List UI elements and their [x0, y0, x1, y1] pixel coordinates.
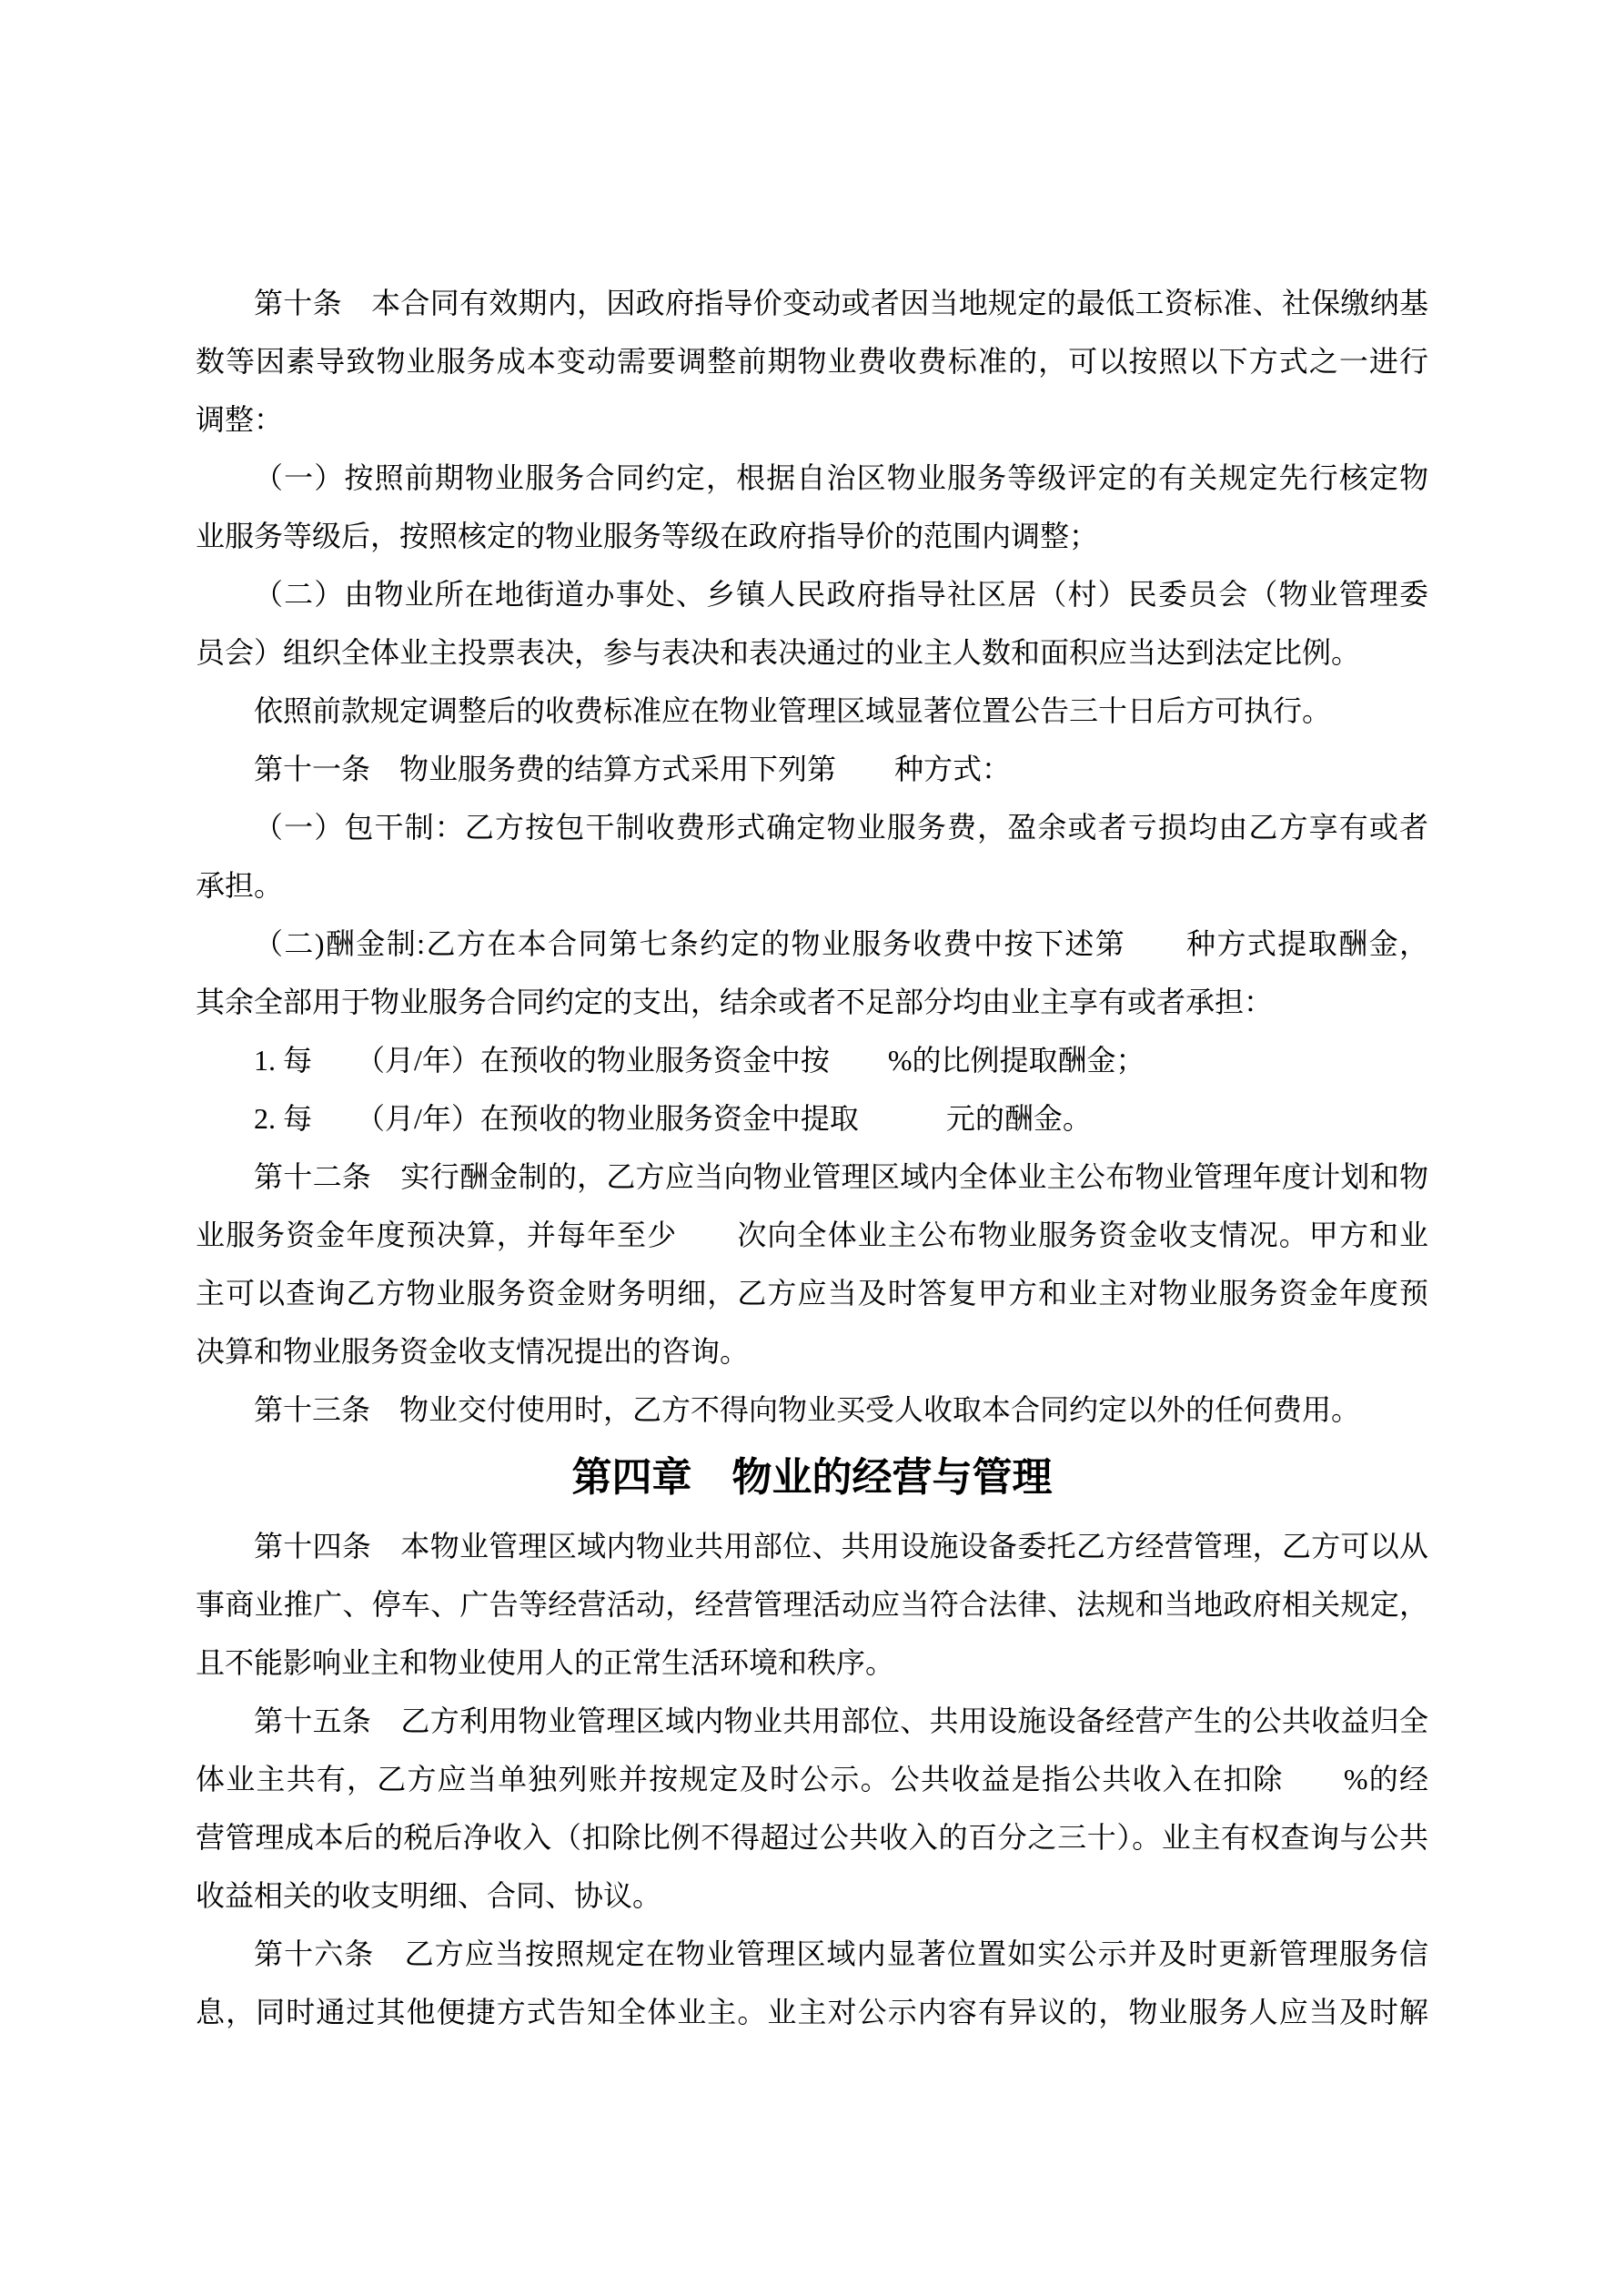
- contract-line: 息，同时通过其他便捷方式告知全体业主。业主对公示内容有异议的，物业服务人应当及时…: [196, 1983, 1428, 2041]
- contract-line: 主可以查询乙方物业服务资金财务明细，乙方应当及时答复甲方和业主对物业服务资金年度…: [196, 1264, 1428, 1322]
- contract-line: 第十三条 物业交付使用时，乙方不得向物业买受人收取本合同约定以外的任何费用。: [196, 1381, 1428, 1439]
- contract-line: 2. 每 （月/年）在预收的物业服务资金中提取 元的酬金。: [196, 1089, 1428, 1148]
- contract-line: 事商业推广、停车、广告等经营活动，经营管理活动应当符合法律、法规和当地政府相关规…: [196, 1575, 1428, 1633]
- contract-line: 第十一条 物业服务费的结算方式采用下列第 种方式：: [196, 740, 1428, 798]
- contract-line: 承担。: [196, 856, 1428, 915]
- contract-line: 收益相关的收支明细、合同、协议。: [196, 1866, 1428, 1925]
- chapter-heading: 第四章 物业的经营与管理: [196, 1439, 1428, 1517]
- contract-line: 第十条 本合同有效期内，因政府指导价变动或者因当地规定的最低工资标准、社保缴纳基: [196, 274, 1428, 332]
- contract-line: 其余全部用于物业服务合同约定的支出，结余或者不足部分均由业主享有或者承担：: [196, 973, 1428, 1031]
- contract-line: 依照前款规定调整后的收费标准应在物业管理区域显著位置公告三十日后方可执行。: [196, 682, 1428, 740]
- contract-line: 第十二条 实行酬金制的，乙方应当向物业管理区域内全体业主公布物业管理年度计划和物: [196, 1148, 1428, 1206]
- contract-line: （一）包干制：乙方按包干制收费形式确定物业服务费，盈余或者亏损均由乙方享有或者: [196, 798, 1428, 856]
- contract-line: 第十六条 乙方应当按照规定在物业管理区域内显著位置如实公示并及时更新管理服务信: [196, 1925, 1428, 1983]
- contract-page: 第十条 本合同有效期内，因政府指导价变动或者因当地规定的最低工资标准、社保缴纳基…: [0, 0, 1624, 2296]
- contract-line: （二）由物业所在地街道办事处、乡镇人民政府指导社区居（村）民委员会（物业管理委: [196, 565, 1428, 623]
- contract-line: 且不能影响业主和物业使用人的正常生活环境和秩序。: [196, 1633, 1428, 1692]
- contract-line: 第十五条 乙方利用物业管理区域内物业共用部位、共用设施设备经营产生的公共收益归全: [196, 1692, 1428, 1750]
- contract-line: （一）按照前期物业服务合同约定，根据自治区物业服务等级评定的有关规定先行核定物: [196, 449, 1428, 507]
- contract-line: 决算和物业服务资金收支情况提出的咨询。: [196, 1322, 1428, 1381]
- contract-line: 1. 每 （月/年）在预收的物业服务资金中按 %的比例提取酬金；: [196, 1031, 1428, 1089]
- contract-line: （二)酬金制:乙方在本合同第七条约定的物业服务收费中按下述第 种方式提取酬金，: [196, 915, 1428, 973]
- contract-line: 业服务等级后，按照核定的物业服务等级在政府指导价的范围内调整；: [196, 507, 1428, 565]
- contract-body: 第十条 本合同有效期内，因政府指导价变动或者因当地规定的最低工资标准、社保缴纳基…: [196, 274, 1428, 2041]
- contract-line: 营管理成本后的税后净收入（扣除比例不得超过公共收入的百分之三十）。业主有权查询与…: [196, 1808, 1428, 1866]
- contract-line: 调整：: [196, 390, 1428, 449]
- contract-line: 数等因素导致物业服务成本变动需要调整前期物业费收费标准的，可以按照以下方式之一进…: [196, 332, 1428, 390]
- contract-line: 第十四条 本物业管理区域内物业共用部位、共用设施设备委托乙方经营管理，乙方可以从: [196, 1517, 1428, 1575]
- contract-line: 体业主共有，乙方应当单独列账并按规定及时公示。公共收益是指公共收入在扣除 %的经: [196, 1750, 1428, 1808]
- contract-line: 业服务资金年度预决算，并每年至少 次向全体业主公布物业服务资金收支情况。甲方和业: [196, 1206, 1428, 1264]
- contract-line: 员会）组织全体业主投票表决，参与表决和表决通过的业主人数和面积应当达到法定比例。: [196, 623, 1428, 682]
